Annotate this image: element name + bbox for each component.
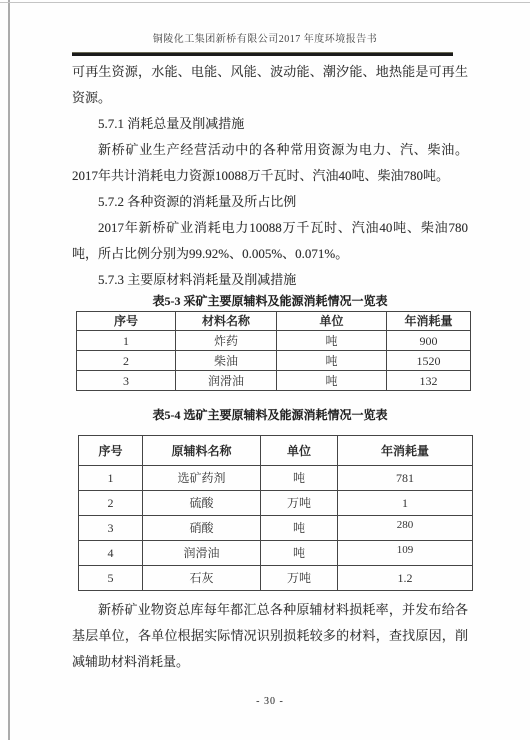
paragraph-5-7-2: 2017年新桥矿业消耗电力10088万千瓦时、汽油40吨、柴油780吨，所占比例… bbox=[72, 215, 468, 267]
cell-index: 3 bbox=[77, 371, 176, 391]
cell-material: 硫酸 bbox=[143, 491, 261, 516]
header-cell-unit: 单位 bbox=[261, 436, 338, 466]
cell-material: 炸药 bbox=[176, 331, 277, 351]
header-cell-material: 材料名称 bbox=[176, 312, 277, 331]
table-5-4-beneficiation-consumption: 序号 原辅料名称 单位 年消耗量 1 选矿药剂 吨 781 2 硫酸 万吨 1 bbox=[78, 435, 473, 591]
header-rule bbox=[72, 52, 453, 56]
cell-unit: 吨 bbox=[277, 351, 387, 371]
cell-amount: 1 bbox=[338, 491, 473, 516]
paragraph-renewable-resources: 可再生资源，水能、电能、风能、波动能、潮汐能、地热能是可再生资源。 bbox=[72, 59, 468, 111]
table-row: 4 润滑油 吨 109 bbox=[79, 541, 473, 566]
header-cell-annual-consumption: 年消耗量 bbox=[338, 436, 473, 466]
cell-material: 润滑油 bbox=[143, 541, 261, 566]
cell-index: 2 bbox=[79, 491, 143, 516]
header-cell-index: 序号 bbox=[79, 436, 143, 466]
page-number: - 30 - bbox=[72, 689, 468, 715]
cell-amount: 280 bbox=[338, 516, 473, 541]
cell-amount: 109 bbox=[338, 541, 473, 566]
cell-index: 3 bbox=[79, 516, 143, 541]
table-5-4-caption: 表5-4 选矿主要原辅料及能源消耗情况一览表 bbox=[72, 407, 468, 423]
table-row: 2 柴油 吨 1520 bbox=[77, 351, 471, 371]
cell-unit: 吨 bbox=[261, 516, 338, 541]
section-heading-5-7-1: 5.7.1 消耗总量及削减措施 bbox=[72, 111, 468, 137]
cell-material: 硝酸 bbox=[143, 516, 261, 541]
section-heading-5-7-3: 5.7.3 主要原材料消耗量及削减措施 bbox=[72, 267, 468, 293]
table-5-3-caption: 表5-3 采矿主要原辅料及能源消耗情况一览表 bbox=[72, 293, 468, 309]
scan-edge-top bbox=[0, 2, 530, 3]
table-row: 5 石灰 万吨 1.2 bbox=[79, 566, 473, 591]
cell-amount: 1520 bbox=[387, 351, 471, 371]
report-header-title: 铜陵化工集团新桥有限公司2017 年度环境报告书 bbox=[0, 0, 530, 45]
page-content: 可再生资源，水能、电能、风能、波动能、潮汐能、地热能是可再生资源。 5.7.1 … bbox=[72, 59, 468, 715]
header-cell-unit: 单位 bbox=[277, 312, 387, 331]
cell-index: 4 bbox=[79, 541, 143, 566]
cell-material: 石灰 bbox=[143, 566, 261, 591]
cell-unit: 吨 bbox=[277, 331, 387, 351]
cell-index: 1 bbox=[77, 331, 176, 351]
section-heading-5-7-2: 5.7.2 各种资源的消耗量及所占比例 bbox=[72, 189, 468, 215]
paragraph-5-7-1: 新桥矿业生产经营活动中的各种常用资源为电力、汽、柴油。2017年共计消耗电力资源… bbox=[72, 137, 468, 189]
cell-amount: 1.2 bbox=[338, 566, 473, 591]
table-row: 2 硫酸 万吨 1 bbox=[79, 491, 473, 516]
header-cell-index: 序号 bbox=[77, 312, 176, 331]
table-row: 3 硝酸 吨 280 bbox=[79, 516, 473, 541]
cell-amount: 132 bbox=[387, 371, 471, 391]
cell-index: 2 bbox=[77, 351, 176, 371]
table-row: 1 炸药 吨 900 bbox=[77, 331, 471, 351]
header-cell-material: 原辅料名称 bbox=[143, 436, 261, 466]
cell-amount: 781 bbox=[338, 466, 473, 491]
table-row: 3 润滑油 吨 132 bbox=[77, 371, 471, 391]
table-header-row: 序号 材料名称 单位 年消耗量 bbox=[77, 312, 471, 331]
cell-unit: 万吨 bbox=[261, 491, 338, 516]
paragraph-closing: 新桥矿业物资总库每年都汇总各种原辅材料损耗率，并发布给各基层单位，各单位根据实际… bbox=[72, 597, 468, 675]
table-row: 1 选矿药剂 吨 781 bbox=[79, 466, 473, 491]
cell-amount: 900 bbox=[387, 331, 471, 351]
cell-index: 5 bbox=[79, 566, 143, 591]
scan-edge-left bbox=[8, 0, 10, 740]
cell-material: 润滑油 bbox=[176, 371, 277, 391]
cell-unit: 吨 bbox=[277, 371, 387, 391]
cell-unit: 万吨 bbox=[261, 566, 338, 591]
cell-index: 1 bbox=[79, 466, 143, 491]
cell-material: 选矿药剂 bbox=[143, 466, 261, 491]
table-header-row: 序号 原辅料名称 单位 年消耗量 bbox=[79, 436, 473, 466]
table-5-3-mining-consumption: 序号 材料名称 单位 年消耗量 1 炸药 吨 900 2 柴油 吨 1520 bbox=[76, 311, 471, 391]
cell-unit: 吨 bbox=[261, 466, 338, 491]
cell-unit: 吨 bbox=[261, 541, 338, 566]
header-cell-annual-consumption: 年消耗量 bbox=[387, 312, 471, 331]
cell-material: 柴油 bbox=[176, 351, 277, 371]
document-page: 铜陵化工集团新桥有限公司2017 年度环境报告书 可再生资源，水能、电能、风能、… bbox=[0, 0, 530, 740]
